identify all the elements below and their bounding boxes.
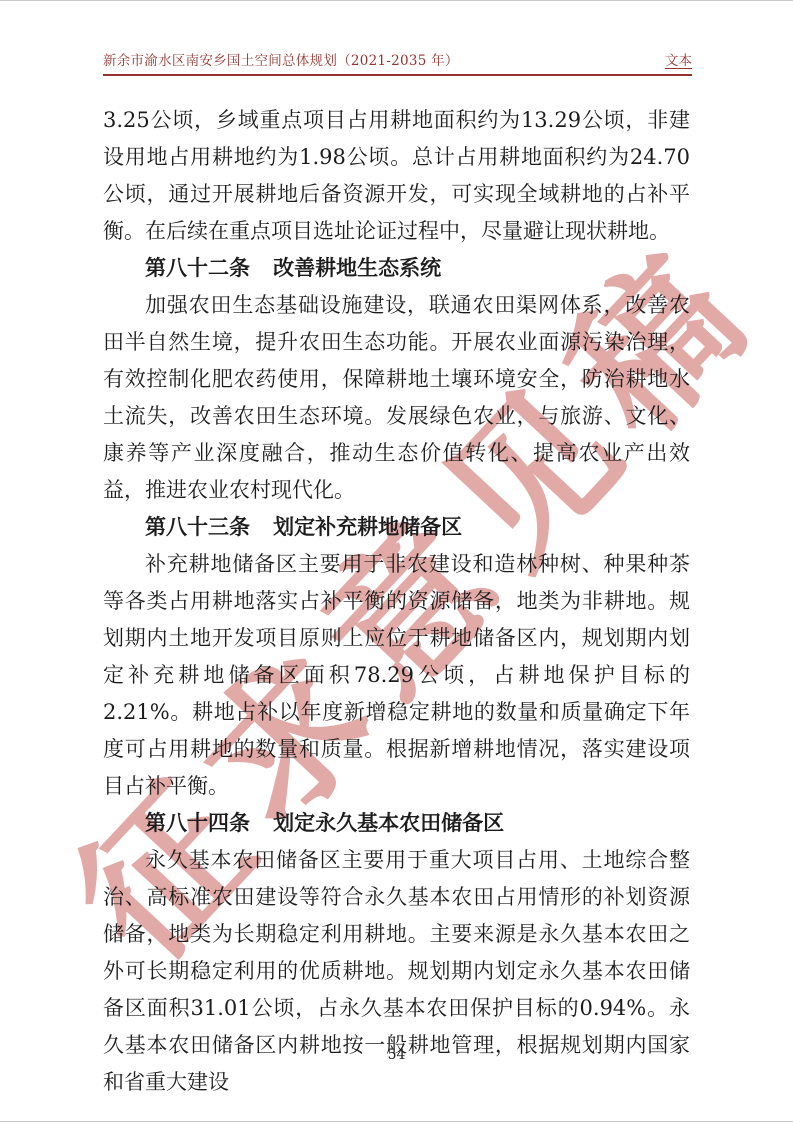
heading-number: 第八十三条 [145, 515, 250, 539]
heading-title: 划定补充耕地储备区 [273, 515, 462, 539]
header-doc-type-label: 文本 [665, 49, 692, 69]
article-heading: 第八十四条划定永久基本农田储备区 [103, 805, 690, 842]
page-header: 新余市渝水区南安乡国土空间总体规划（2021-2035 年） 文本 [103, 1, 692, 76]
document-body: 3.25公顷，乡域重点项目占用耕地面积约为13.29公顷，非建设用地占用耕地约为… [103, 78, 690, 1101]
page-footer: 54 [0, 1047, 793, 1063]
body-paragraph: 补充耕地储备区主要用于非农建设和造林种树、种果种茶等各类占用耕地落实占补平衡的资… [103, 546, 690, 805]
body-paragraph: 3.25公顷，乡域重点项目占用耕地面积约为13.29公顷，非建设用地占用耕地约为… [103, 102, 690, 250]
article-heading: 第八十三条划定补充耕地储备区 [103, 509, 690, 546]
header-title: 新余市渝水区南安乡国土空间总体规划（2021-2035 年） [103, 49, 459, 69]
body-paragraph: 加强农田生态基础设施建设，联通农田渠网体系，改善农田半自然生境，提升农田生态功能… [103, 287, 690, 509]
heading-number: 第八十二条 [145, 256, 250, 280]
heading-number: 第八十四条 [145, 811, 250, 835]
heading-title: 改善耕地生态系统 [273, 256, 441, 280]
document-page: 征求意见稿 新余市渝水区南安乡国土空间总体规划（2021-2035 年） 文本 … [0, 0, 793, 1122]
heading-title: 划定永久基本农田储备区 [273, 811, 504, 835]
article-heading: 第八十二条改善耕地生态系统 [103, 250, 690, 287]
page-number: 54 [388, 1047, 406, 1063]
